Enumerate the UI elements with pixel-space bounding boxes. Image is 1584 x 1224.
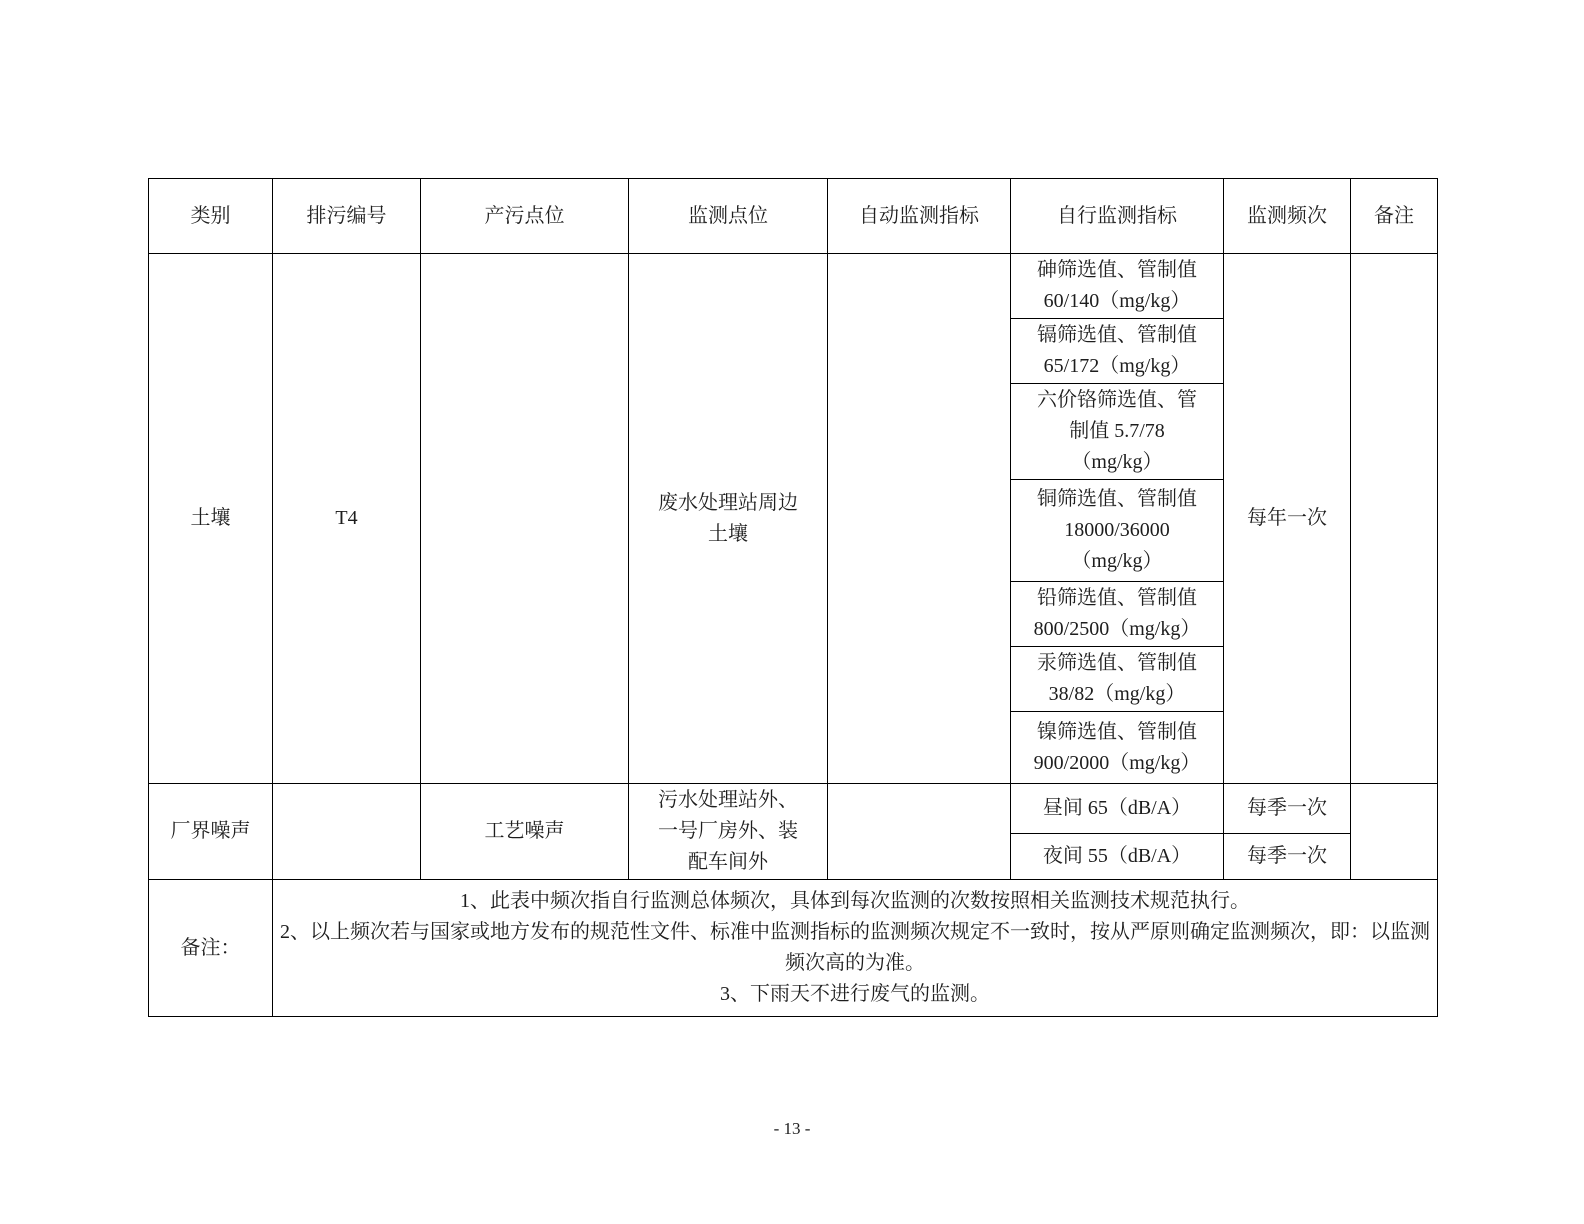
self-monitoring-table: 类别 排污编号 产污点位 监测点位 自动监测指标 自行监测指标 监测频次 备注 …: [148, 178, 1438, 1017]
soil-indicator-chromium: 六价铬筛选值、管 制值 5.7/78 （mg/kg）: [1011, 384, 1224, 480]
soil-discharge-code-cell: T4: [273, 254, 421, 784]
header-auto-indicator: 自动监测指标: [828, 179, 1011, 254]
soil-category-cell: 土壤: [149, 254, 273, 784]
header-pollution-point: 产污点位: [421, 179, 629, 254]
remarks-label-cell: 备注：: [149, 880, 273, 1017]
remarks-row: 备注： 1、此表中频次指自行监测总体频次，具体到每次监测的次数按照相关监测技术规…: [149, 880, 1438, 1017]
noise-pollution-point-cell: 工艺噪声: [421, 784, 629, 880]
soil-indicator-arsenic: 砷筛选值、管制值 60/140（mg/kg）: [1011, 254, 1224, 319]
noise-remark-cell: [1351, 784, 1438, 880]
noise-monitoring-point-cell: 污水处理站外、 一号厂房外、装 配车间外: [629, 784, 828, 880]
remarks-content-cell: 1、此表中频次指自行监测总体频次，具体到每次监测的次数按照相关监测技术规范执行。…: [273, 880, 1438, 1017]
noise-frequency-day: 每季一次: [1224, 784, 1351, 834]
header-remark: 备注: [1351, 179, 1438, 254]
soil-indicator-cadmium: 镉筛选值、管制值 65/172（mg/kg）: [1011, 319, 1224, 384]
document-page: 类别 排污编号 产污点位 监测点位 自动监测指标 自行监测指标 监测频次 备注 …: [0, 0, 1584, 1224]
soil-pollution-point-cell: [421, 254, 629, 784]
noise-row-day: 厂界噪声 工艺噪声 污水处理站外、 一号厂房外、装 配车间外 昼间 65（dB/…: [149, 784, 1438, 834]
noise-discharge-code-cell: [273, 784, 421, 880]
header-self-indicator: 自行监测指标: [1011, 179, 1224, 254]
soil-indicator-mercury: 汞筛选值、管制值 38/82（mg/kg）: [1011, 647, 1224, 712]
soil-remark-cell: [1351, 254, 1438, 784]
noise-auto-indicator-cell: [828, 784, 1011, 880]
noise-indicator-day: 昼间 65（dB/A）: [1011, 784, 1224, 834]
soil-monitoring-point-cell: 废水处理站周边 土壤: [629, 254, 828, 784]
soil-auto-indicator-cell: [828, 254, 1011, 784]
remarks-line-2: 2、以上频次若与国家或地方发布的规范性文件、标准中监测指标的监测频次规定不一致时…: [276, 917, 1434, 979]
remarks-line-1: 1、此表中频次指自行监测总体频次，具体到每次监测的次数按照相关监测技术规范执行。: [276, 886, 1434, 917]
header-discharge-code: 排污编号: [273, 179, 421, 254]
noise-category-cell: 厂界噪声: [149, 784, 273, 880]
soil-frequency-cell: 每年一次: [1224, 254, 1351, 784]
soil-indicator-copper: 铜筛选值、管制值 18000/36000 （mg/kg）: [1011, 480, 1224, 582]
noise-frequency-night: 每季一次: [1224, 833, 1351, 879]
header-monitoring-point: 监测点位: [629, 179, 828, 254]
page-number: - 13 -: [0, 1118, 1584, 1140]
soil-indicator-nickel: 镍筛选值、管制值 900/2000（mg/kg）: [1011, 712, 1224, 784]
remarks-line-3: 3、下雨天不进行废气的监测。: [276, 979, 1434, 1010]
soil-row-arsenic: 土壤 T4 废水处理站周边 土壤 砷筛选值、管制值 60/140（mg/kg） …: [149, 254, 1438, 319]
header-frequency: 监测频次: [1224, 179, 1351, 254]
noise-indicator-night: 夜间 55（dB/A）: [1011, 833, 1224, 879]
soil-indicator-lead: 铅筛选值、管制值 800/2500（mg/kg）: [1011, 582, 1224, 647]
table-header-row: 类别 排污编号 产污点位 监测点位 自动监测指标 自行监测指标 监测频次 备注: [149, 179, 1438, 254]
header-category: 类别: [149, 179, 273, 254]
